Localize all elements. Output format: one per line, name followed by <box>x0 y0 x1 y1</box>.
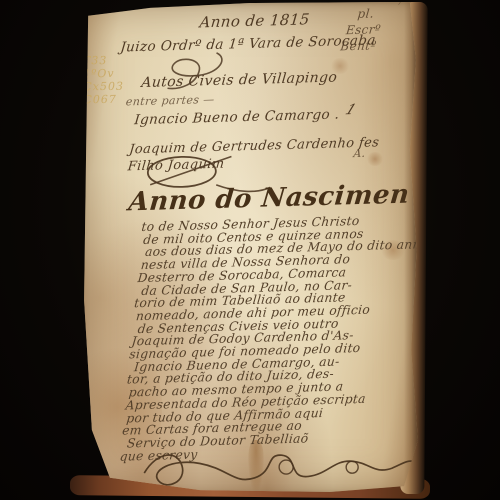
manuscript-page: T33 1ºOv Cx503 C067 Anno de 1815 7 pl. E… <box>80 2 420 494</box>
case-title-line: Autos Civeis de Villapingo <box>141 69 338 91</box>
year-title: Anno de 1815 <box>159 9 351 32</box>
folio-corner-mark: 7 <box>397 0 404 8</box>
archival-label-line: Cx503 <box>83 80 124 93</box>
party-defendant-line2: Filho Joaquim <box>127 157 225 175</box>
photo-background: T33 1ºOv Cx503 C067 Anno de 1815 7 pl. E… <box>0 0 500 500</box>
court-heading-line: Juizo Ordrº da 1ª Vara de Sorocaba <box>120 32 377 55</box>
archival-reference-label: T33 1ºOv Cx503 C067 <box>83 54 124 106</box>
archival-label-line: C067 <box>83 93 124 106</box>
margin-letter-a: A. <box>353 147 366 160</box>
handwriting-layer: T33 1ºOv Cx503 C067 Anno de 1815 7 pl. E… <box>73 0 427 499</box>
archival-label-line: T33 <box>83 54 124 67</box>
opening-protocol-heading: Anno do Nascimen <box>127 179 411 217</box>
entre-partes-line: entre partes — <box>125 93 215 109</box>
archival-label-line: 1ºOv <box>83 67 124 80</box>
party-author-line: Ignacio Bueno de Camargo . <box>134 106 341 128</box>
party-defendant-line: Joaquim de Gertrudes Cardenho fes <box>129 135 381 157</box>
margin-number-one: 1 <box>343 102 359 118</box>
body-text: to de Nosso Senhor Jesus Christo de mil … <box>119 213 414 463</box>
margin-note-top-right: pl. <box>357 6 375 21</box>
